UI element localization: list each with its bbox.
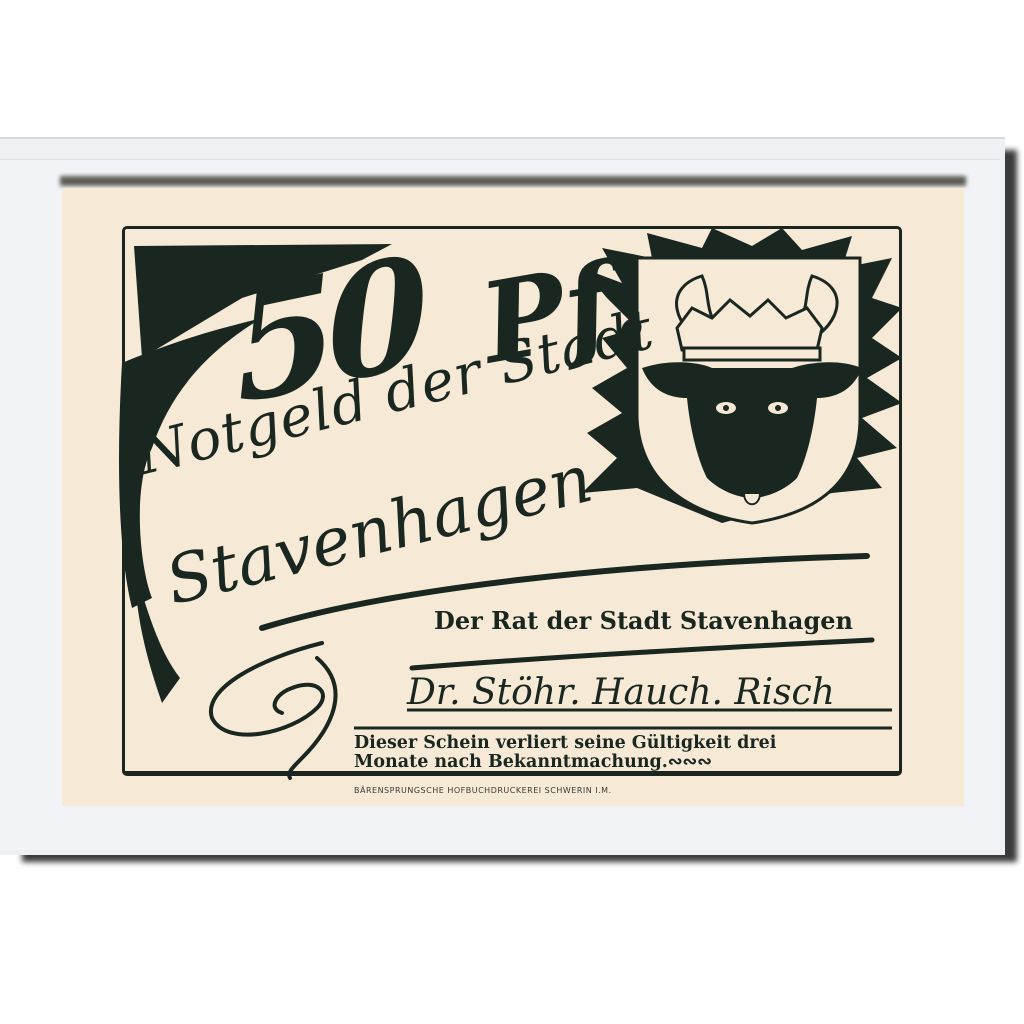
validity-line-1: Dieser Schein verliert seine Gültigkeit … <box>354 734 776 753</box>
wave-ornament-icon: ∾∾∾ <box>668 752 712 772</box>
printer-imprint: BÄRENSPRUNGSCHE HOFBUCHDRUCKEREI SCHWERI… <box>354 786 612 795</box>
validity-line-2: Monate nach Bekanntmachung.∾∾∾ <box>354 753 776 772</box>
bull-tongue <box>744 493 760 504</box>
signatures: Dr. Stöhr. Hauch. Risch <box>407 672 835 713</box>
note-shadow <box>60 176 966 186</box>
flourish-curl <box>211 643 336 778</box>
flourish-line-middle <box>412 640 872 668</box>
validity-notice: Dieser Schein verliert seine Gültigkeit … <box>354 734 776 772</box>
issuer-text: Der Rat der Stadt Stavenhagen <box>434 606 853 635</box>
banknote: 50 Pf. Notgeld der Stadt Stavenhagen Der… <box>62 188 964 806</box>
